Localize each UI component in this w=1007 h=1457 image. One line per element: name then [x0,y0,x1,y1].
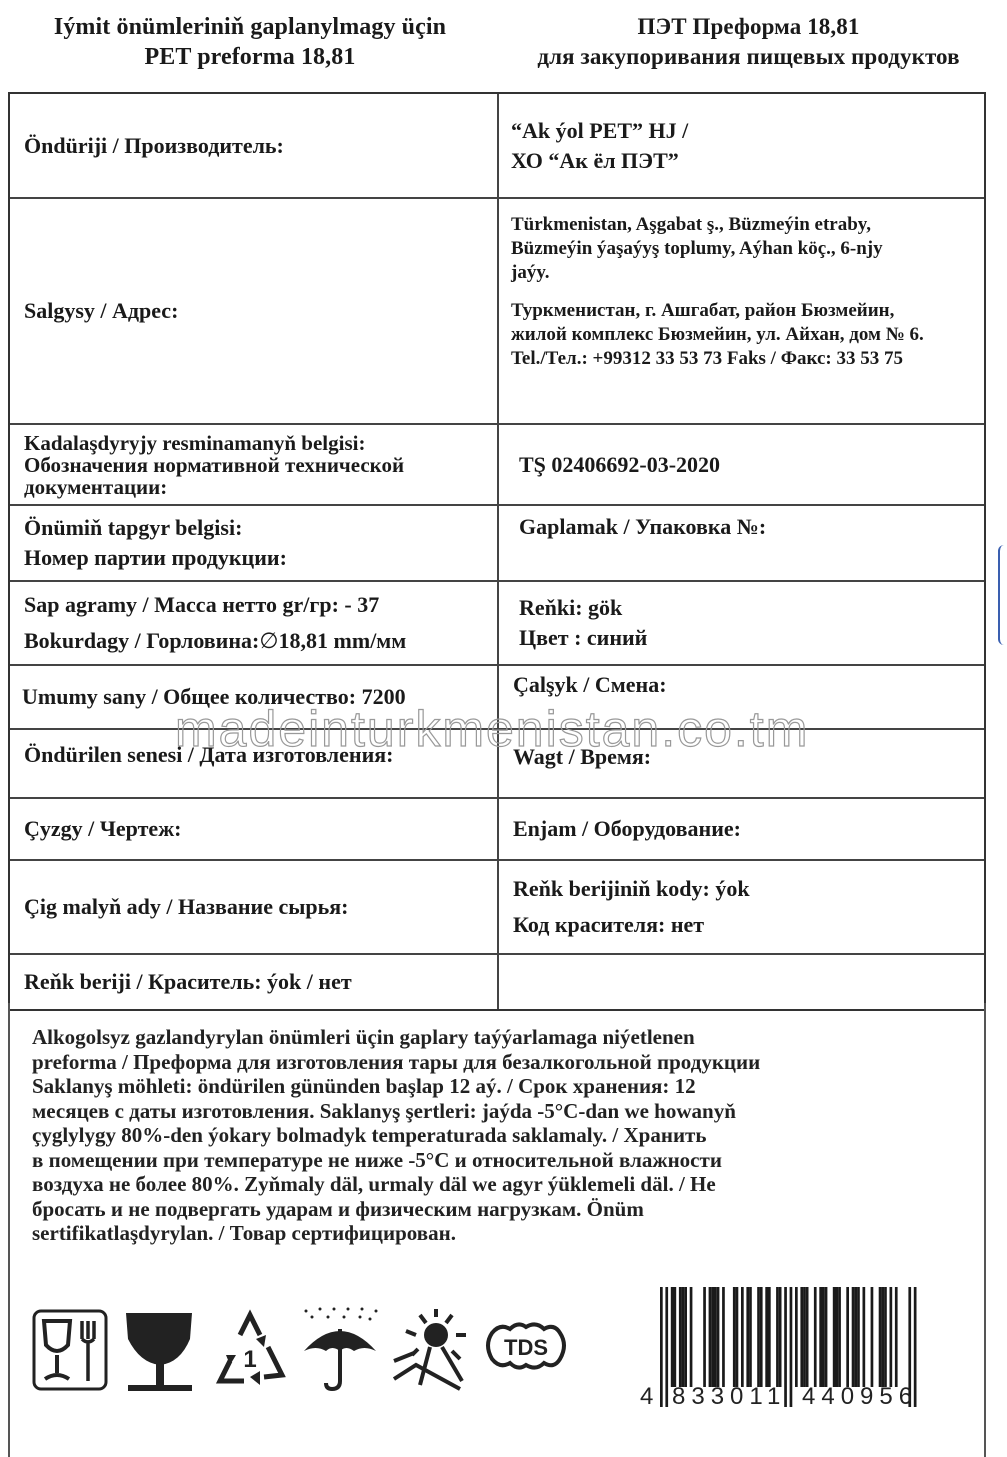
address-label: Salgysy / Адрес: [10,199,499,423]
package-symbols: 1 TDS [30,1305,570,1395]
raw-material-label-text: Çig malyň ady / Название сырья: [24,892,497,922]
batch-label-tk: Önümiň tapgyr belgisi: [24,513,497,543]
barcode-left-digits: 833011 [672,1383,786,1411]
equipment-label: Enjam / Оборудование: [513,814,984,844]
neck-label-prefix: Bokurdagy / Горловина: [24,628,259,653]
title-turkmen-line1: Iýmit önümleriniň gaplanylmagy üçin [0,12,500,42]
fragile-glass-icon [120,1305,200,1395]
food-safe-icon [30,1305,110,1395]
tds-logo-icon: TDS [480,1305,570,1395]
shift-cell: Çalşyk / Смена: [499,666,984,728]
manufacturer-value-tk: “Ak ýol PET” HJ / [511,116,984,146]
row-quantity: Umumy sany / Общее количество: 7200 Çalş… [10,666,984,730]
description-line: бросать и не подвергать ударам и физичес… [32,1197,982,1222]
normative-doc-label-line3: документации: [24,476,497,498]
normative-doc-label-line2: Обозначения нормативной технической [24,454,497,476]
address-tk-line1: Türkmenistan, Aşgabat ş., Büzmeýin etrab… [511,213,984,237]
description-line: месяцев с даты изготовления. Saklanyş şe… [32,1099,982,1124]
diameter-icon: ∅ [259,628,278,653]
net-mass-label: Sap agramy / Масса нетто gr/гр: - 37 [24,587,497,623]
production-date-label: Öndürilen senesi / Дата изготовления: [10,730,499,797]
normative-doc-value-text: TŞ 02406692-03-2020 [519,450,984,480]
time-cell: Wagt / Время: [499,730,984,797]
raw-material-label: Çig malyň ady / Название сырья: [10,861,499,953]
title-turkmen: Iýmit önümleriniň gaplanylmagy üçin PET … [0,12,500,72]
mass-label: Sap agramy / Масса нетто gr/гр: - 37 Bok… [10,582,499,664]
color-ru: Цвет : синий [519,623,984,653]
row-batch: Önümiň tapgyr belgisi: Номер партии прод… [10,506,984,582]
dye-code-tk: Reňk berijiniň kody: ýok [513,871,984,907]
description-line: Alkogolsyz gazlandyrylan önümleri üçin g… [32,1025,982,1050]
row-raw-material: Çig malyň ady / Название сырья: Reňk ber… [10,861,984,955]
neck-diameter-value: 18,81 mm/мм [279,628,407,653]
title-turkmen-line2: PET preforma 18,81 [0,42,500,72]
normative-doc-label-line1: Kadalaşdyryjy resminamanyň belgisi: [24,432,497,454]
equipment-cell: Enjam / Оборудование: [499,799,984,859]
row-address: Salgysy / Адрес: Türkmenistan, Aşgabat ş… [10,199,984,425]
row-dye: Reňk beriji / Краситель: ýok / нет [10,955,984,1009]
address-value: Türkmenistan, Aşgabat ş., Büzmeýin etrab… [499,199,984,423]
shift-label: Çalşyk / Смена: [513,670,984,700]
time-label: Wagt / Время: [513,742,984,772]
neck-label: Bokurdagy / Горловина:∅18,81 mm/мм [24,623,497,659]
address-label-text: Salgysy / Адрес: [24,296,497,326]
quantity-label: Umumy sany / Общее количество: 7200 [10,666,499,728]
address-tk-line3: jaýy. [511,261,984,285]
quantity-label-text: Umumy sany / Общее количество: 7200 [22,682,497,712]
manufacturer-value: “Ak ýol PET” HJ / ХО “Ак ёл ПЭТ” [499,94,984,197]
keep-away-from-sun-icon [390,1305,470,1395]
dye-label-text: Reňk beriji / Краситель: ýok / нет [24,967,497,997]
barcode-digits: 4 833011 440956 [630,1383,940,1411]
description-line: sertifikatlaşdyrylan. / Товар сертифицир… [32,1221,982,1246]
address-contact-line: Tel./Тел.: +99312 33 53 73 Faks / Факс: … [511,347,984,371]
dye-label: Reňk beriji / Краситель: ýok / нет [10,955,499,1009]
blue-pen-mark [998,545,1007,645]
dye-code-ru: Код красителя: нет [513,907,984,943]
packaging-cell: Gaplamak / Упаковка №: [499,506,984,580]
row-drawing: Çyzgy / Чертеж: Enjam / Оборудование: [10,799,984,861]
normative-doc-value: TŞ 02406692-03-2020 [499,425,984,504]
description-line: Saklanyş möhleti: öndürilen gününden baş… [32,1074,982,1099]
barcode-first-digit: 4 [640,1383,659,1411]
recycle-pet-1-icon: 1 [210,1305,290,1395]
description-text: Alkogolsyz gazlandyrylan önümleri üçin g… [32,1025,982,1246]
description-line: в помещении при температуре не ниже -5°C… [32,1148,982,1173]
description-line: çyglylygy 80%-den ýokary bolmadyk temper… [32,1123,982,1148]
row-normative-doc: Kadalaşdyryjy resminamanyň belgisi: Обоз… [10,425,984,506]
row-manufacturer: Öndüriji / Производитель: “Ak ýol PET” H… [10,94,984,199]
address-ru-line2: жилой комплекс Бюзмейин, ул. Айхан, дом … [511,323,984,347]
manufacturer-value-ru: ХО “Ак ёл ПЭТ” [511,146,984,176]
barcode-right-digits: 440956 [802,1383,918,1411]
keep-dry-umbrella-icon [300,1305,380,1395]
color-tk: Reňki: gök [519,593,984,623]
address-ru-line1: Туркменистан, г. Ашгабат, район Бюзмейин… [511,299,984,323]
dye-code-cell: Reňk berijiniň kody: ýok Код красителя: … [499,861,984,953]
svg-text:1: 1 [243,1346,256,1373]
batch-label: Önümiň tapgyr belgisi: Номер партии прод… [10,506,499,580]
manufacturer-label: Öndüriji / Производитель: [10,94,499,197]
manufacturer-label-text: Öndüriji / Производитель: [24,131,497,161]
packaging-label: Gaplamak / Упаковка №: [519,512,984,542]
svg-text:TDS: TDS [504,1335,548,1360]
title-russian-line1: ПЭТ Преформа 18,81 [490,12,1007,42]
title-russian-line2: для закупоривания пищевых продуктов [490,42,1007,72]
production-date-label-text: Öndürilen senesi / Дата изготовления: [24,740,497,770]
drawing-label-text: Çyzgy / Чертеж: [24,814,497,844]
description-line: preforma / Преформа для изготовления тар… [32,1050,982,1075]
normative-doc-label: Kadalaşdyryjy resminamanyň belgisi: Обоз… [10,425,499,504]
product-info-table: Öndüriji / Производитель: “Ak ýol PET” H… [8,92,986,1011]
color-cell: Reňki: gök Цвет : синий [499,582,984,664]
dye-value [499,955,984,1009]
row-mass: Sap agramy / Масса нетто gr/гр: - 37 Bok… [10,582,984,666]
row-production-date: Öndürilen senesi / Дата изготовления: Wa… [10,730,984,799]
address-tk-line2: Büzmeýin ýaşaýyş toplumy, Aýhan köç., 6-… [511,237,984,261]
description-line: воздуха не более 80%. Zyňmaly däl, urmal… [32,1172,982,1197]
batch-label-ru: Номер партии продукции: [24,543,497,573]
title-russian: ПЭТ Преформа 18,81 для закупоривания пищ… [490,12,1007,72]
drawing-label: Çyzgy / Чертеж: [10,799,499,859]
